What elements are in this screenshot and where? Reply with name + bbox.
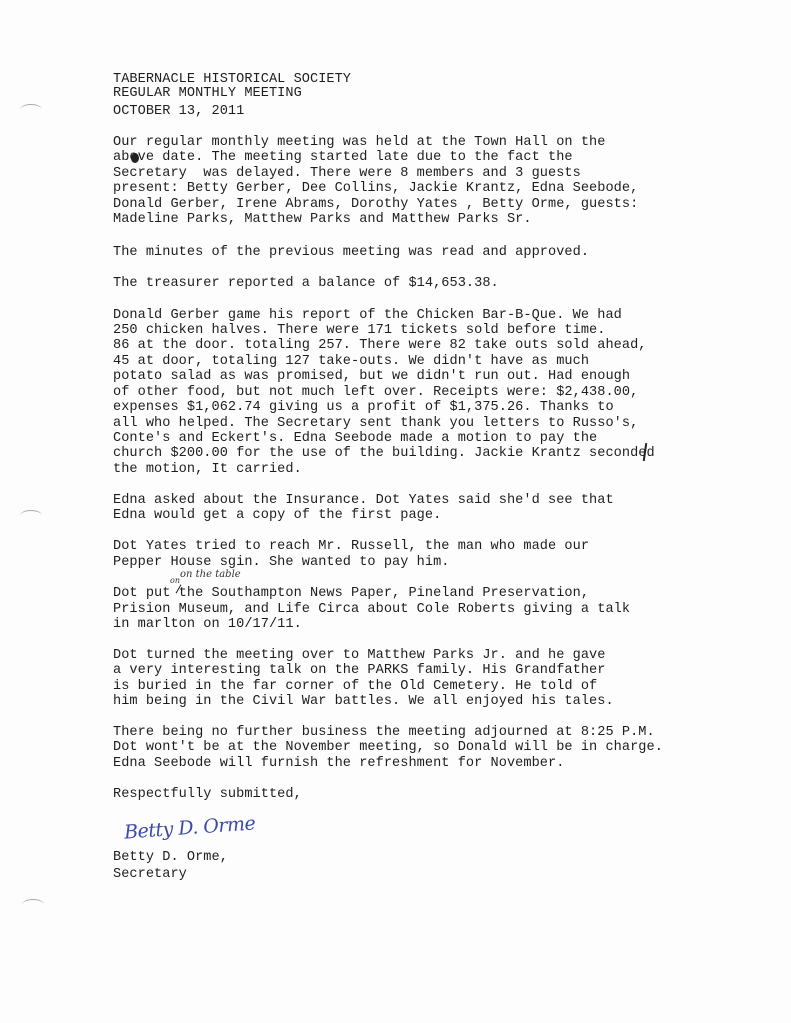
binder-hole-mark	[22, 899, 44, 910]
paragraph-minutes: The minutes of the previous meeting was …	[113, 245, 589, 260]
binder-hole-mark	[20, 510, 42, 521]
text-line: Donald Gerber, Irene Abrams, Dorothy Yat…	[113, 197, 638, 212]
text-line: expenses $1,062.74 giving us a profit of…	[113, 400, 614, 415]
handwritten-insertion-small: on	[170, 576, 180, 585]
text-line: a very interesting talk on the PARKS fam…	[113, 663, 605, 678]
document-page: TABERNACLE HISTORICAL SOCIETY REGULAR MO…	[0, 0, 791, 1023]
text-line: Dot put the Southampton News Paper, Pine…	[113, 586, 589, 601]
text-line: is buried in the far corner of the Old C…	[113, 679, 597, 694]
text-line: Edna would get a copy of the first page.	[113, 508, 441, 523]
text-line: Conte's and Eckert's. Edna Seebode made …	[113, 431, 597, 446]
handwritten-signature: Betty D. Orme	[123, 812, 256, 843]
text-line: Secretary was delayed. There were 8 memb…	[113, 166, 581, 181]
text-line: 86 at the door. totaling 257. There were…	[113, 338, 647, 353]
signer-title: Secretary	[113, 867, 187, 882]
text-line: the motion, It carried.	[113, 462, 302, 477]
closing-salutation: Respectfully submitted,	[113, 787, 302, 802]
text-line: Donald Gerber game his report of the Chi…	[113, 308, 622, 323]
signer-name: Betty D. Orme,	[113, 850, 228, 865]
text-line: 45 at door, totaling 127 take-outs. We d…	[113, 354, 589, 369]
text-line: Madeline Parks, Matthew Parks and Matthe…	[113, 212, 532, 227]
text-line: church $200.00 for the use of the buildi…	[113, 446, 655, 461]
handwritten-insertion: on the table	[180, 569, 241, 580]
text-line: potato salad as was promised, but we did…	[113, 369, 630, 384]
text-line: Pepper House sgin. She wanted to pay him…	[113, 555, 450, 570]
binder-hole-mark	[20, 104, 42, 115]
text-line: him being in the Civil War battles. We a…	[113, 694, 614, 709]
text-line: 250 chicken halves. There were 171 ticke…	[113, 323, 605, 338]
text-line: Dot Yates tried to reach Mr. Russell, th…	[113, 539, 589, 554]
text-line: of other food, but not much left over. R…	[113, 385, 638, 400]
text-line: Edna Seebode will furnish the refreshmen…	[113, 756, 564, 771]
text-line: There being no further business the meet…	[113, 725, 655, 740]
meeting-type: REGULAR MONTHLY MEETING	[113, 86, 302, 101]
paragraph-treasurer: The treasurer reported a balance of $14,…	[113, 276, 499, 291]
text-line: above date. The meeting started late due…	[113, 150, 573, 165]
text-line: in marlton on 10/17/11.	[113, 617, 302, 632]
text-line: Our regular monthly meeting was held at …	[113, 135, 605, 150]
text-line: Edna asked about the Insurance. Dot Yate…	[113, 493, 614, 508]
text-line: Prision Museum, and Life Circa about Col…	[113, 602, 630, 617]
text-line: Dot wont't be at the November meeting, s…	[113, 740, 663, 755]
meeting-date: OCTOBER 13, 2011	[113, 104, 244, 119]
text-line: all who helped. The Secretary sent thank…	[113, 416, 638, 431]
ink-correction-mark	[131, 153, 139, 163]
text-line: present: Betty Gerber, Dee Collins, Jack…	[113, 181, 638, 196]
text-line: Dot turned the meeting over to Matthew P…	[113, 648, 605, 663]
